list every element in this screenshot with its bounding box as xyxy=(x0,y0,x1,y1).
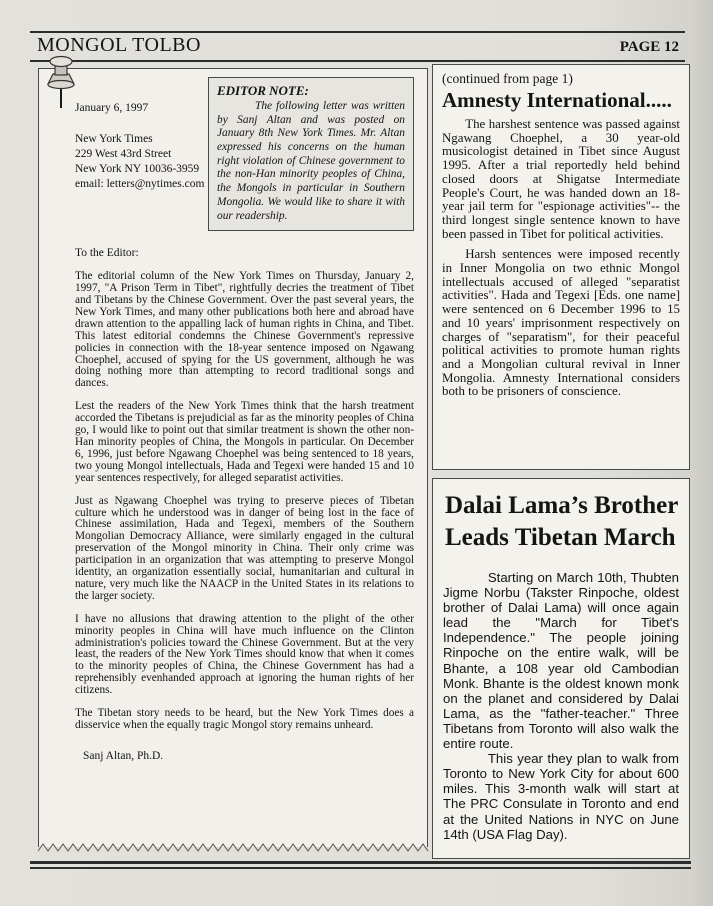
letter-meta: January 6, 1997 New York Times 229 West … xyxy=(75,77,208,192)
masthead: MONGOL TOLBO PAGE 12 xyxy=(37,34,679,57)
amnesty-paragraph: Harsh sentences were imposed recently in… xyxy=(442,248,680,399)
letter-paragraph: I have no allusions that drawing attenti… xyxy=(75,614,414,697)
letter-article: January 6, 1997 New York Times 229 West … xyxy=(38,68,428,847)
address-line: New York Times xyxy=(75,132,208,147)
amnesty-paragraph: The harshest sentence was passed against… xyxy=(442,118,680,241)
letter-paragraph: Lest the readers of the New York Times t… xyxy=(75,401,414,484)
footer-double-rule xyxy=(30,861,691,869)
dalai-lama-article: Dalai Lama’s Brother Leads Tibetan March… xyxy=(432,478,690,859)
page-number: PAGE 12 xyxy=(620,39,679,56)
address-line: New York NY 10036-3959 xyxy=(75,162,208,177)
address-line: email: letters@nytimes.com xyxy=(75,177,208,192)
letter-paragraph: Just as Ngawang Choephel was trying to p… xyxy=(75,496,414,603)
dalai-paragraph: Starting on March 10th, Thubten Jigme No… xyxy=(443,570,679,751)
right-column: (continued from page 1) Amnesty Internat… xyxy=(432,64,690,859)
newsletter-page: MONGOL TOLBO PAGE 12 January 6, 1997 New… xyxy=(0,0,713,906)
letter-body: January 6, 1997 New York Times 229 West … xyxy=(39,69,427,762)
letter-top-row: January 6, 1997 New York Times 229 West … xyxy=(75,77,414,231)
editor-note-box: EDITOR NOTE: The following letter was wr… xyxy=(208,77,414,231)
header-top-rule xyxy=(30,31,685,33)
continued-note: (continued from page 1) xyxy=(442,71,680,87)
amnesty-article: (continued from page 1) Amnesty Internat… xyxy=(432,64,690,470)
pushpin-icon xyxy=(41,53,81,111)
dalai-paragraph: This year they plan to walk from Toronto… xyxy=(443,751,679,842)
letter-paragraph: The Tibetan story needs to be heard, but… xyxy=(75,708,414,732)
letter-paragraph: The editorial column of the New York Tim… xyxy=(75,271,414,390)
letter-salutation: To the Editor: xyxy=(75,247,414,259)
address-line: 229 West 43rd Street xyxy=(75,147,208,162)
dalai-article-title: Dalai Lama’s Brother Leads Tibetan March xyxy=(445,490,679,554)
letter-date: January 6, 1997 xyxy=(75,101,208,116)
amnesty-title: Amnesty International..... xyxy=(442,88,680,113)
header-bottom-rule xyxy=(30,60,685,62)
editor-note-text: The following letter was written by Sanj… xyxy=(217,100,405,223)
zigzag-border xyxy=(38,840,430,854)
editor-note-title: EDITOR NOTE: xyxy=(217,83,405,99)
letter-signature: Sanj Altan, Ph.D. xyxy=(83,750,414,762)
